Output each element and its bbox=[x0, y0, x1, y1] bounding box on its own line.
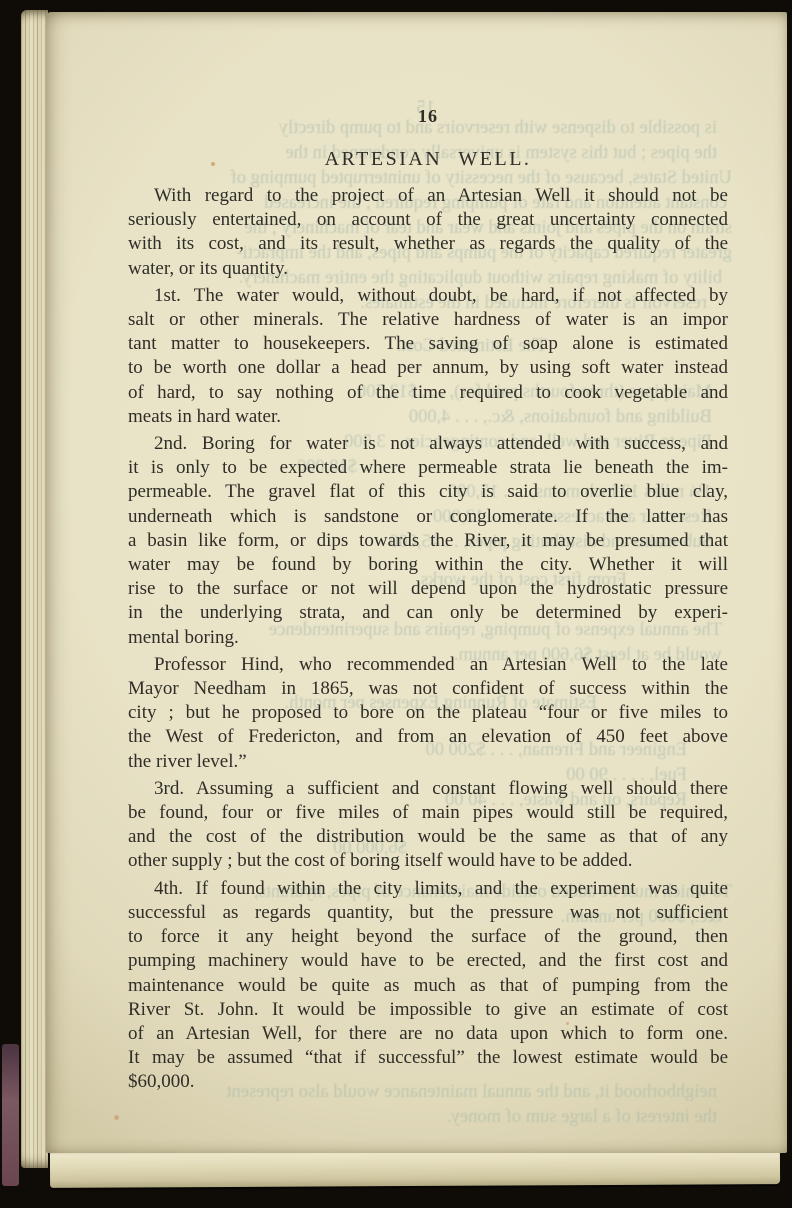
paper-stain bbox=[114, 1115, 119, 1120]
paper-stain bbox=[566, 1022, 569, 1025]
text-line: Professor Hind, who recommended an Artes… bbox=[128, 653, 728, 677]
paragraph: 2nd. Boring for water is not always atte… bbox=[128, 432, 728, 650]
text-line: it is only to be expected where permeabl… bbox=[128, 456, 728, 480]
text-line: the West of Fredericton, and from an ele… bbox=[128, 725, 728, 749]
text-line: seriously entertained, on account of the… bbox=[128, 208, 728, 232]
book-cover-edge bbox=[2, 1044, 19, 1186]
text-line: of an Artesian Well, for there are no da… bbox=[128, 1022, 728, 1046]
paragraph: 1st. The water would, without doubt, be … bbox=[128, 284, 728, 429]
text-line: in the underlying strata, and can only b… bbox=[128, 601, 728, 625]
text-line: with its cost, and its result, whether a… bbox=[128, 232, 728, 256]
text-line: Mayor Needham in 1865, was not confident… bbox=[128, 677, 728, 701]
text-line: maintenance would be quite as much as th… bbox=[128, 974, 728, 998]
text-line: to be worth one dollar a head per annum,… bbox=[128, 356, 728, 380]
text-line: of hard, to say nothing of the time requ… bbox=[128, 381, 728, 405]
text-line: water may be found by boring within the … bbox=[128, 553, 728, 577]
paragraph: 4th. If found within the city limits, an… bbox=[128, 877, 728, 1095]
text-line: mental boring. bbox=[128, 626, 728, 650]
bleedthrough-line: the interest of a large sum of money. bbox=[447, 1105, 717, 1129]
text-line: a basin like form, or dips towards the R… bbox=[128, 529, 728, 553]
book-page-edges-bottom bbox=[50, 1147, 780, 1188]
text-line: $60,000. bbox=[128, 1070, 728, 1094]
paper-stain bbox=[211, 162, 215, 166]
text-line: successful as regards quantity, but the … bbox=[128, 901, 728, 925]
text-line: With regard to the project of an Artesia… bbox=[128, 184, 728, 208]
text-line: and the cost of the distribution would b… bbox=[128, 825, 728, 849]
scanned-page: 15is possible to dispense with reservoir… bbox=[46, 12, 787, 1153]
text-line: 3rd. Assuming a sufficient and constant … bbox=[128, 777, 728, 801]
paragraph: With regard to the project of an Artesia… bbox=[128, 184, 728, 281]
text-line: permeable. The gravel flat of this city … bbox=[128, 480, 728, 504]
text-line: salt or other minerals. The relative har… bbox=[128, 308, 728, 332]
body-paragraphs: With regard to the project of an Artesia… bbox=[128, 184, 728, 1095]
book-page-edges-left bbox=[21, 10, 48, 1168]
text-line: other supply ; but the cost of boring it… bbox=[128, 849, 728, 873]
text-line: to force it any height beyond the surfac… bbox=[128, 925, 728, 949]
text-line: 2nd. Boring for water is not always atte… bbox=[128, 432, 728, 456]
text-line: tant matter to housekeepers. The saving … bbox=[128, 332, 728, 356]
text-line: be found, four or five miles of main pip… bbox=[128, 801, 728, 825]
text-line: It may be assumed “that if successful” t… bbox=[128, 1046, 728, 1070]
text-line: city ; but he proposed to bore on the pl… bbox=[128, 701, 728, 725]
page-title: ARTESIAN WELL. bbox=[128, 146, 728, 172]
text-line: meats in hard water. bbox=[128, 405, 728, 429]
paragraph: Professor Hind, who recommended an Artes… bbox=[128, 653, 728, 774]
text-line: 4th. If found within the city limits, an… bbox=[128, 877, 728, 901]
page-number: 16 bbox=[128, 104, 728, 128]
text-line: 1st. The water would, without doubt, be … bbox=[128, 284, 728, 308]
book-scan-background: { "document": { "page_number": "16", "ti… bbox=[0, 0, 792, 1208]
page-text-block: 16 ARTESIAN WELL. With regard to the pro… bbox=[128, 12, 728, 1095]
text-line: underneath which is sandstone or conglom… bbox=[128, 505, 728, 529]
text-line: pumping machinery would have to be erect… bbox=[128, 949, 728, 973]
text-line: rise to the surface or not will depend u… bbox=[128, 577, 728, 601]
text-line: water, or its quantity. bbox=[128, 257, 728, 281]
text-line: the river level.” bbox=[128, 750, 728, 774]
text-line: River St. John. It would be impossible t… bbox=[128, 998, 728, 1022]
paragraph: 3rd. Assuming a sufficient and constant … bbox=[128, 777, 728, 874]
